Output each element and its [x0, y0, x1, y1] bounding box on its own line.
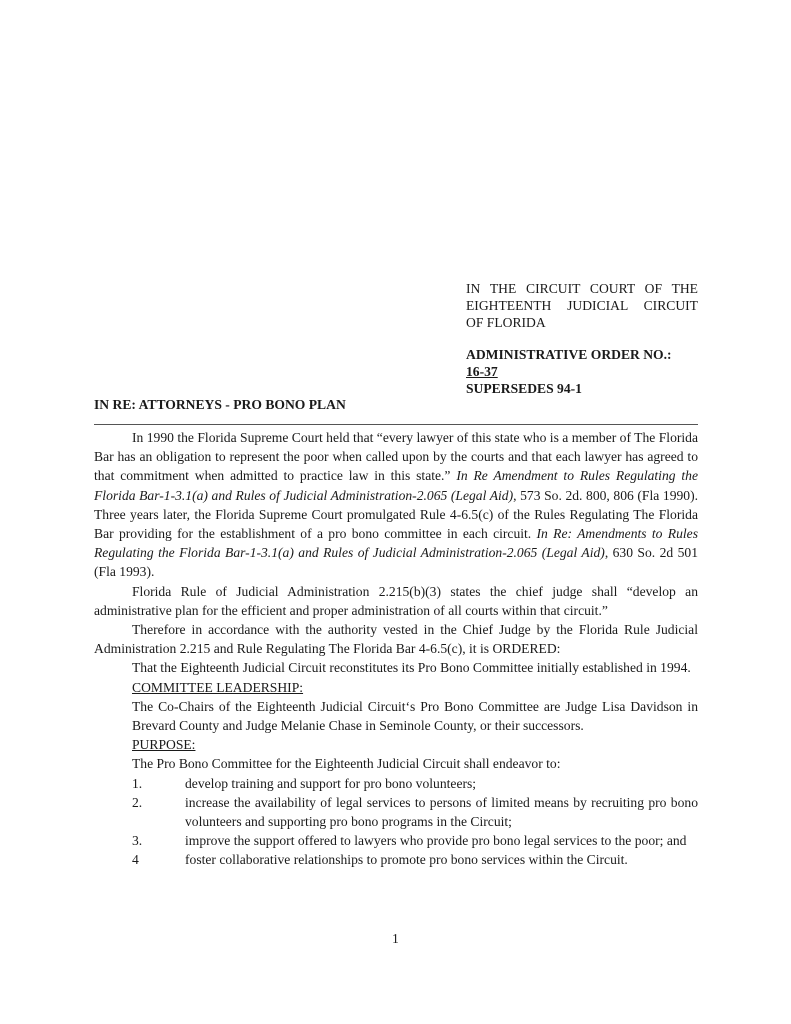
caption-line: OF FLORIDA: [466, 314, 698, 331]
order-body: In 1990 the Florida Supreme Court held t…: [94, 428, 698, 870]
divider-line: [94, 424, 698, 425]
list-item: 4 foster collaborative relationships to …: [132, 850, 698, 869]
list-item: 3. improve the support offered to lawyer…: [132, 831, 698, 850]
item-text: develop training and support for pro bon…: [185, 774, 698, 793]
purpose-heading: PURPOSE:: [132, 735, 698, 754]
list-item: 1. develop training and support for pro …: [132, 774, 698, 793]
order-number: 16-37: [466, 363, 706, 380]
item-text: foster collaborative relationships to pr…: [185, 850, 698, 869]
item-text: improve the support offered to lawyers w…: [185, 831, 698, 850]
page-number: 1: [392, 930, 399, 947]
leadership-heading: COMMITTEE LEADERSHIP:: [132, 678, 698, 697]
item-number: 3.: [132, 831, 185, 850]
paragraph-rule: Florida Rule of Judicial Administration …: [94, 582, 698, 620]
court-caption: IN THE CIRCUIT COURT OF THE EIGHTEENTH J…: [466, 280, 698, 331]
list-item: 2. increase the availability of legal se…: [132, 793, 698, 831]
item-number: 2.: [132, 793, 185, 831]
paragraph-ordered: That the Eighteenth Judicial Circuit rec…: [94, 658, 698, 677]
order-block: ADMINISTRATIVE ORDER NO.: 16-37 SUPERSED…: [466, 346, 706, 397]
paragraph-background: In 1990 the Florida Supreme Court held t…: [94, 428, 698, 582]
in-re-title: IN RE: ATTORNEYS - PRO BONO PLAN: [94, 396, 346, 413]
caption-line: IN THE CIRCUIT COURT OF THE: [466, 280, 698, 297]
order-label: ADMINISTRATIVE ORDER NO.:: [466, 346, 706, 363]
supersedes-line: SUPERSEDES 94-1: [466, 380, 706, 397]
item-number: 1.: [132, 774, 185, 793]
paragraph-authority: Therefore in accordance with the authori…: [94, 620, 698, 658]
item-text: increase the availability of legal servi…: [185, 793, 698, 831]
caption-line: EIGHTEENTH JUDICIAL CIRCUIT: [466, 297, 698, 314]
item-number: 4: [132, 850, 185, 869]
leadership-text: The Co-Chairs of the Eighteenth Judicial…: [132, 697, 698, 735]
document-page: IN THE CIRCUIT COURT OF THE EIGHTEENTH J…: [0, 0, 791, 1024]
purpose-intro: The Pro Bono Committee for the Eighteent…: [132, 754, 698, 773]
